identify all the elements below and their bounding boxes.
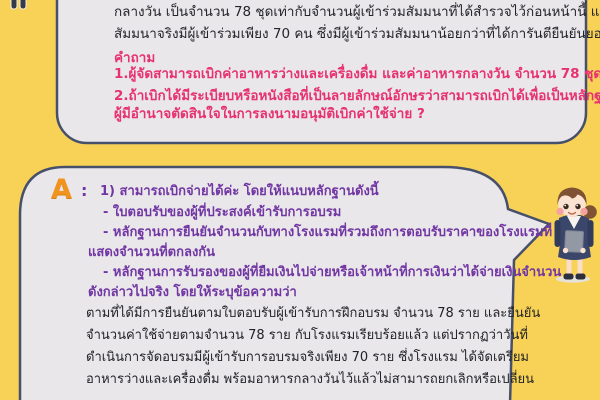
poster-canvas: กลางวัน เป็นจำนวน 78 ชุดเท่ากับจำนวนผู้เ… [0, 0, 600, 400]
question-item: ผู้มีอำนาจตัดสินใจในการลงนามอนุมัติเบิกค… [114, 105, 425, 125]
question-paragraph-line: กลางวัน เป็นจำนวน 78 ชุดเท่ากับจำนวนผู้เ… [114, 3, 600, 23]
answer-line: ดำเนินการจัดอบรมมีผู้เข้ารับการอบรมจริงเ… [86, 349, 529, 368]
answer-line: - หลักฐานการรับรองของผู้ที่ยืมเงินไปจ่าย… [103, 264, 561, 283]
exclamation-marks-icon [11, 0, 26, 9]
question-item: 1.ผู้จัดสามารถเบิกค่าอาหารว่างและเครื่อง… [114, 65, 600, 85]
answer-line: แสดงจำนวนที่ตกลงกัน [88, 244, 215, 263]
question-item: 2.ถ้าเบิกได้มีระเบียบหรือหนังสือที่เป็นล… [114, 87, 600, 107]
answer-line: อาหารว่างและเครื่องดื่ม พร้อมอาหารกลางวั… [86, 371, 534, 390]
answer-label-separator: : [81, 183, 87, 199]
question-paragraph-line: สัมมนาจริงมีผู้เข้าร่วมเพียง 70 คน ซึ่งม… [114, 25, 600, 45]
answer-label: A [51, 176, 72, 203]
answer-line: ตามที่ได้มีการยืนยันตามใบตอบรับผู้เข้ารั… [86, 305, 540, 324]
answer-line: - ใบตอบรับของผู้ที่ประสงค์เข้ารับการอบรม [103, 204, 341, 223]
answer-line: - หลักฐานการยืนยันจำนวนกับทางโรงแรมที่รว… [103, 224, 552, 243]
answer-line: จำนวนค่าใช้จ่ายตามจำนวน 78 ราย กับโรงแรม… [86, 327, 528, 346]
answer-line: ดังกล่าวไปจริง โดยให้ระบุข้อความว่า [88, 284, 297, 303]
answer-line: 1) สามารถเบิกจ่ายได้ค่ะ โดยให้แนบหลักฐาน… [100, 183, 379, 202]
